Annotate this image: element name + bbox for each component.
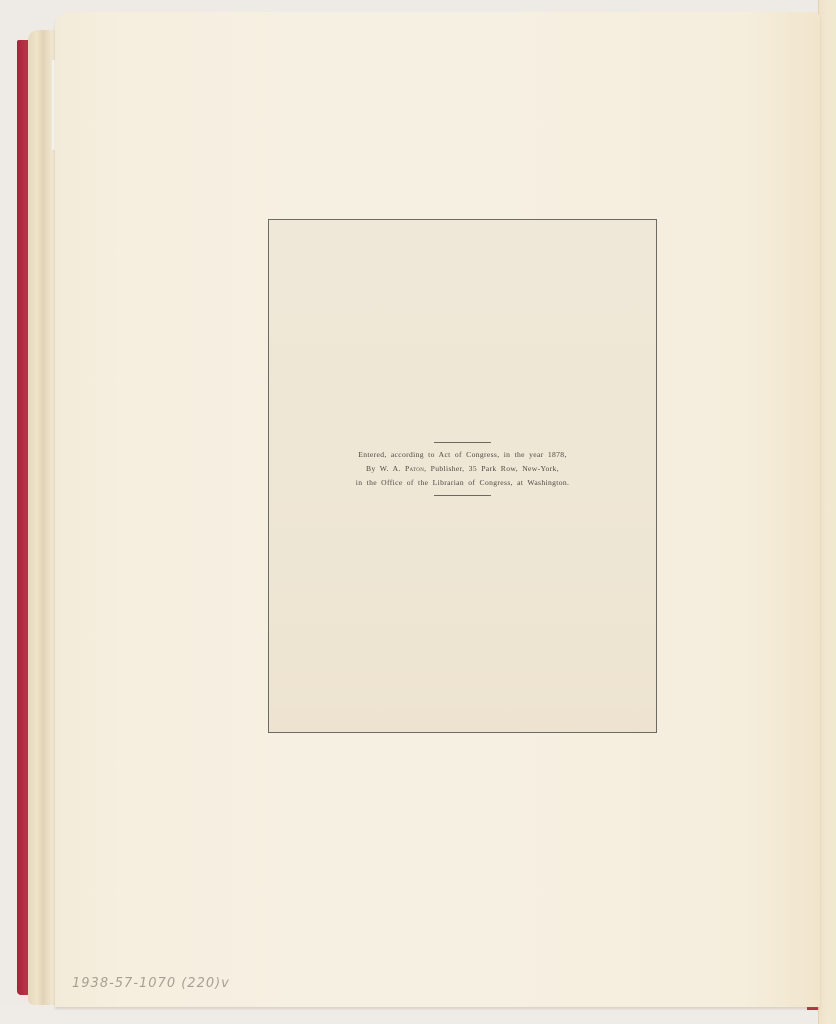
bottom-rule-divider <box>434 495 491 496</box>
imprint-line-3: in the Office of the Librarian of Congre… <box>269 476 656 490</box>
next-page-edge <box>818 0 836 1024</box>
top-rule-divider <box>434 442 491 443</box>
copyright-imprint: Entered, according to Act of Congress, i… <box>269 442 656 496</box>
accession-number: 1938-57-1070 (220)v <box>72 976 230 991</box>
imprint-line-1: Entered, according to Act of Congress, i… <box>269 448 656 462</box>
printed-plate: Entered, according to Act of Congress, i… <box>268 219 657 733</box>
imprint-line-2: By W. A. Paton, Publisher, 35 Park Row, … <box>269 462 656 476</box>
background-surface <box>0 1005 818 1024</box>
imprint-line-2-prefix: By W. A. <box>366 464 405 473</box>
imprint-line-2-suffix: , Publisher, 35 Park Row, New-York, <box>424 464 559 473</box>
publisher-name: Paton <box>405 464 424 473</box>
